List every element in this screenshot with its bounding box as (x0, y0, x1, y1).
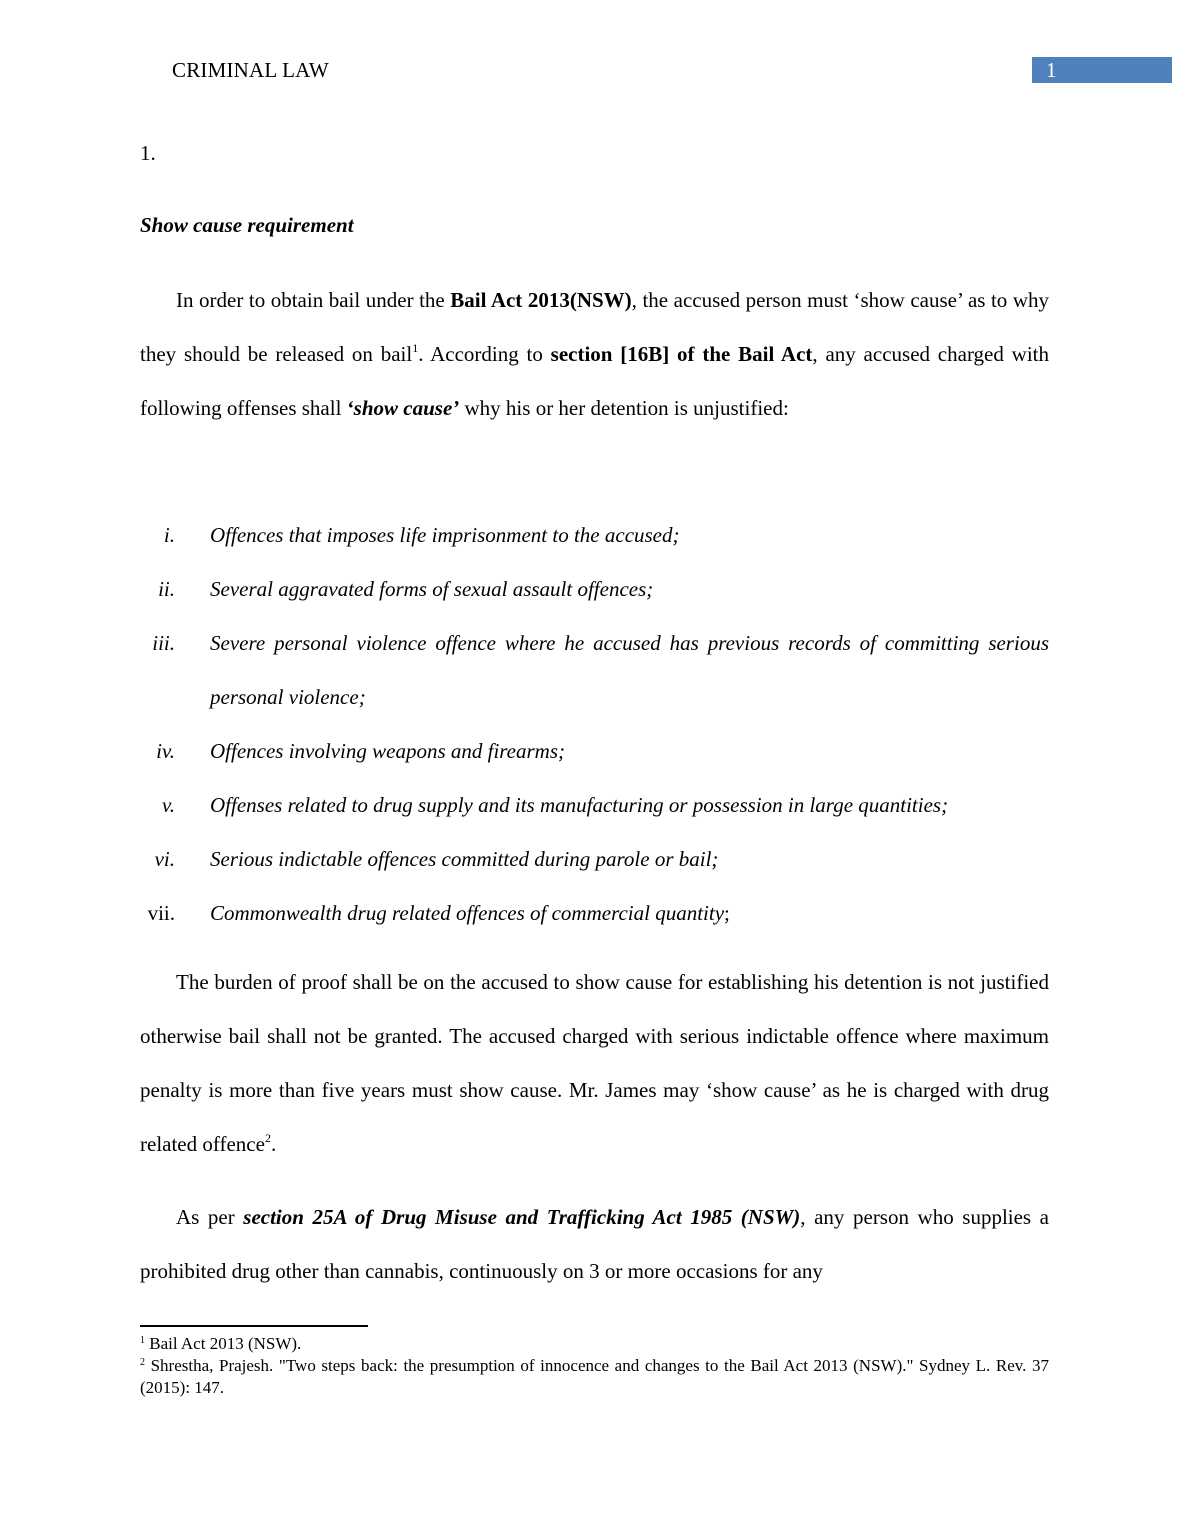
list-item: iv.Offences involving weapons and firear… (140, 724, 1049, 778)
section-heading: Show cause requirement (140, 213, 354, 238)
list-item-text: Offences that imposes life imprisonment … (210, 523, 680, 547)
list-item-text: Severe personal violence offence where h… (210, 631, 1049, 709)
text-run: . According to (418, 342, 550, 366)
show-cause-emphasis: ‘show cause’ (347, 396, 460, 420)
paragraph-drug-misuse-act: As per section 25A of Drug Misuse and Tr… (140, 1190, 1049, 1298)
footnote-2: 2 Shrestha, Prajesh. "Two steps back: th… (140, 1355, 1049, 1399)
list-item: iii.Severe personal violence offence whe… (140, 616, 1049, 724)
list-marker: ii. (140, 562, 175, 616)
footnote-text: Bail Act 2013 (NSW). (145, 1334, 301, 1353)
list-marker: iv. (140, 724, 175, 778)
list-item: vi.Serious indictable offences committed… (140, 832, 1049, 886)
list-item-text: Offenses related to drug supply and its … (210, 793, 948, 817)
list-marker: vi. (140, 832, 175, 886)
footnote-separator (140, 1325, 368, 1327)
paragraph-show-cause-intro: In order to obtain bail under the Bail A… (140, 273, 1049, 435)
text-run: In order to obtain bail under the (176, 288, 450, 312)
page-number-badge: 1 (1032, 57, 1172, 83)
text-run: why his or her detention is unjustified: (459, 396, 789, 420)
list-marker: vii. (140, 886, 175, 940)
drug-act-reference: section 25A of Drug Misuse and Trafficki… (243, 1205, 800, 1229)
section-16b-reference: section [16B] of the Bail Act (551, 342, 813, 366)
text-run: The burden of proof shall be on the accu… (140, 970, 1049, 1156)
footnotes: 1 Bail Act 2013 (NSW). 2 Shrestha, Praje… (140, 1333, 1049, 1399)
list-marker: v. (140, 778, 175, 832)
list-item: ii.Several aggravated forms of sexual as… (140, 562, 1049, 616)
footnote-text: Shrestha, Prajesh. "Two steps back: the … (140, 1356, 1049, 1397)
list-item: v.Offenses related to drug supply and it… (140, 778, 1049, 832)
list-item-text: Offences involving weapons and firearms; (210, 739, 565, 763)
paragraph-burden-of-proof: The burden of proof shall be on the accu… (140, 955, 1049, 1171)
list-item-tail: ; (724, 901, 730, 925)
list-item: i.Offences that imposes life imprisonmen… (140, 508, 1049, 562)
bail-act-reference: Bail Act 2013(NSW) (450, 288, 631, 312)
list-item-text: Several aggravated forms of sexual assau… (210, 577, 653, 601)
text-run: . (271, 1132, 276, 1156)
list-item: vii.Commonwealth drug related offences o… (140, 886, 1049, 940)
text-run: As per (176, 1205, 243, 1229)
list-item-text: Commonwealth drug related offences of co… (210, 901, 724, 925)
question-number: 1. (140, 141, 156, 166)
list-marker: iii. (140, 616, 175, 670)
running-header-title: CRIMINAL LAW (172, 58, 329, 83)
offences-list: i.Offences that imposes life imprisonmen… (140, 508, 1049, 940)
list-item-text: Serious indictable offences committed du… (210, 847, 718, 871)
list-marker: i. (140, 508, 175, 562)
footnote-1: 1 Bail Act 2013 (NSW). (140, 1333, 1049, 1355)
